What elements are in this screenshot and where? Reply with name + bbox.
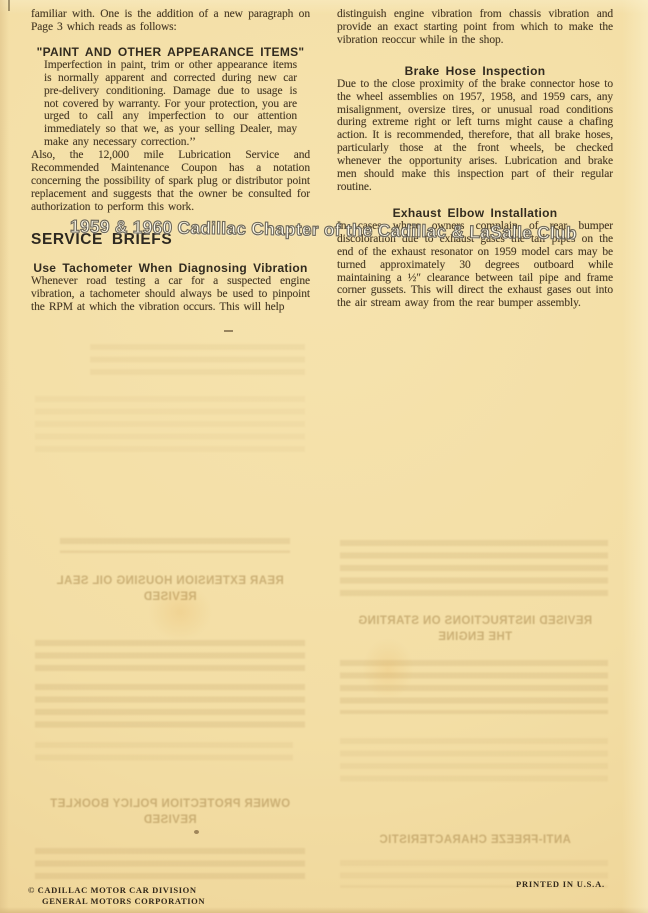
ghost-heading-line: REVISED [31,812,309,828]
ghost-paragraph-lines [340,540,608,596]
paragraph-vibration-continue: distinguish engine vibration from chassi… [337,8,613,47]
ghost-paragraph-lines [35,684,305,734]
footer-copyright: © CADILLAC MOTOR CAR DIVISION GENERAL MO… [28,885,205,906]
footer-printed-in-usa: PRINTED IN U.S.A. [516,879,605,889]
ghost-heading-line: REVISED INSTRUCTIONS ON STARTING [337,613,613,629]
ghost-heading-line: OWNER PROTECTION POLICY BOOKLET [31,796,309,812]
ghost-heading-line: ANTI-FREEZE CHARACTERISTIC [337,832,613,848]
ghost-paragraph-lines [60,538,290,553]
scanned-bulletin-page: familiar with. One is the addition of a … [0,0,648,913]
stray-dash-mark [224,330,233,332]
paragraph-intro: familiar with. One is the addition of a … [31,8,310,34]
heading-brake-hose: Brake Hose Inspection [337,64,613,78]
right-column: distinguish engine vibration from chassi… [337,8,613,310]
ghost-heading-antifreeze: ANTI-FREEZE CHARACTERISTIC [337,832,613,848]
ghost-paragraph-lines [340,738,608,786]
footer-division-line: © CADILLAC MOTOR CAR DIVISION [28,885,205,896]
paper-stain [148,583,212,641]
paragraph-lubrication: Also, the 12,000 mile Lubrication Servic… [31,149,310,214]
heading-exhaust-elbow: Exhaust Elbow Installation [337,206,613,220]
left-column: familiar with. One is the addition of a … [31,8,310,313]
ghost-paragraph-lines [35,742,293,766]
ghost-heading-owner-policy: OWNER PROTECTION POLICY BOOKLET REVISED [31,796,309,828]
scan-edge-artifact [8,0,10,11]
heading-paint-items: "PAINT AND OTHER APPEARANCE ITEMS" [31,45,310,59]
heading-tachometer: Use Tachometer When Diagnosing Vibration [31,261,310,275]
stray-speck [194,830,199,834]
ghost-paragraph-lines [35,640,305,676]
footer-corporation-line: GENERAL MOTORS CORPORATION [28,896,205,907]
ghost-paragraph-lines [35,848,305,882]
ghost-paragraph-lines [35,396,305,458]
paragraph-tachometer: Whenever road testing a car for a suspec… [31,275,310,314]
paper-stain [362,638,414,700]
ghost-paragraph-lines [90,344,305,376]
paragraph-warranty-quote: Imperfection in paint, trim or other app… [31,59,310,149]
paragraph-brake-hose: Due to the close proximity of the brake … [337,78,613,194]
